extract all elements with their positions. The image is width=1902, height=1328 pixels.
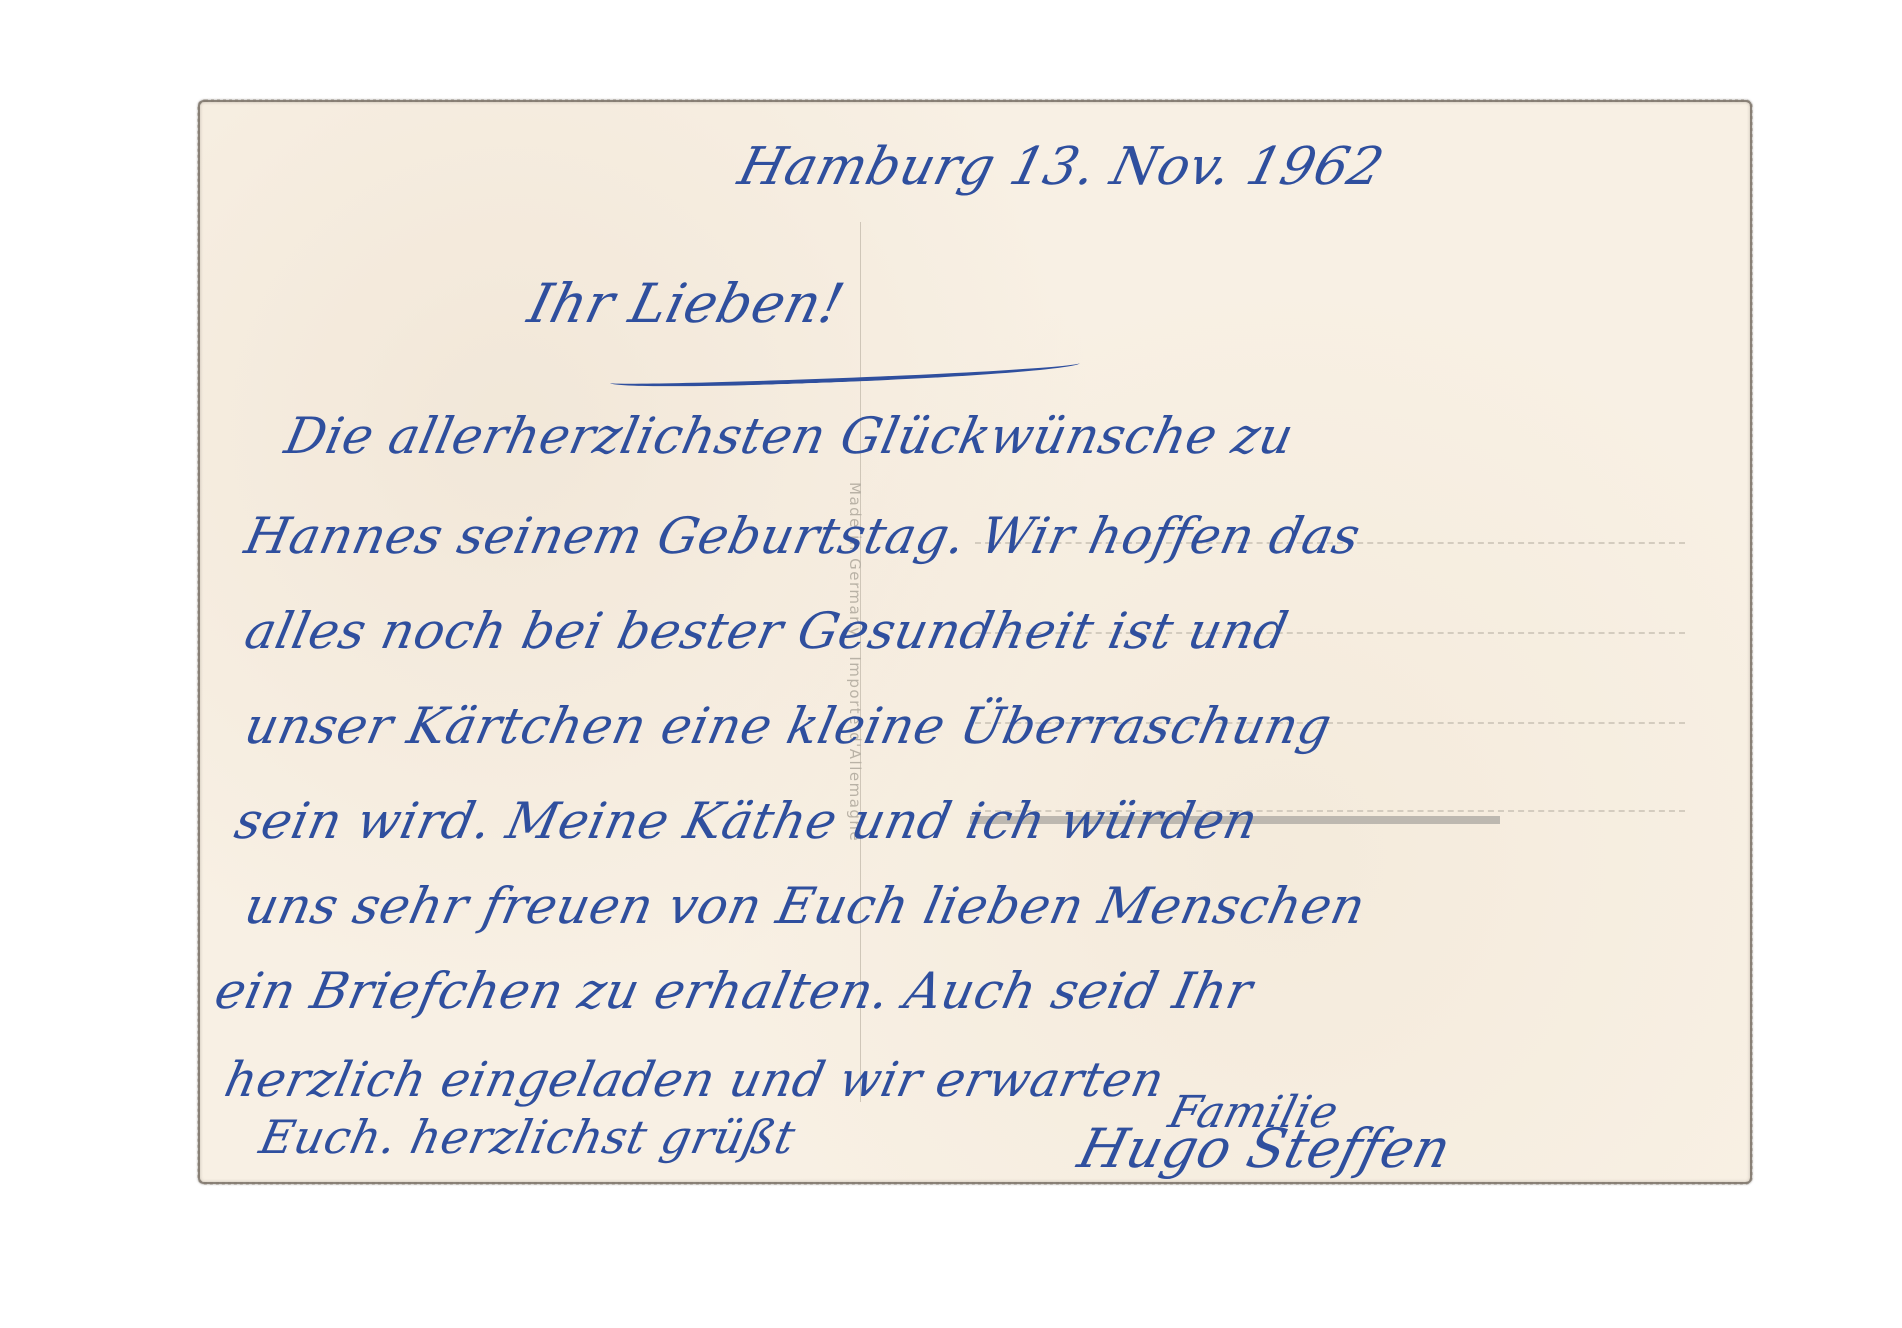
greeting-underline xyxy=(610,356,1080,390)
body-line-7: ein Briefchen zu erhalten. Auch seid Ihr xyxy=(210,962,1258,1020)
body-line-3: alles noch bei bester Gesundheit ist und xyxy=(240,602,1293,660)
body-line-1: Die allerherzlichsten Glückwünsche zu xyxy=(280,407,1299,465)
postcard-back: Made in Germany · Importé d'Allemagne Ha… xyxy=(198,100,1752,1184)
body-line-6: uns sehr freuen von Euch lieben Menschen xyxy=(240,877,1371,935)
signature-name: Hugo Steffen xyxy=(1072,1117,1457,1180)
place-date: Hamburg 13. Nov. 1962 xyxy=(733,137,1390,197)
body-line-4: unser Kärtchen eine kleine Überraschung xyxy=(240,697,1337,755)
body-line-8: herzlich eingeladen und wir erwarten xyxy=(220,1052,1169,1108)
body-line-2: Hannes seinem Geburtstag. Wir hoffen das xyxy=(240,507,1366,565)
body-line-9-visible: Euch. herzlichst grüßt xyxy=(255,1110,800,1164)
greeting: Ihr Lieben! xyxy=(522,272,850,335)
body-line-5: sein wird. Meine Käthe und ich würden xyxy=(230,792,1263,850)
